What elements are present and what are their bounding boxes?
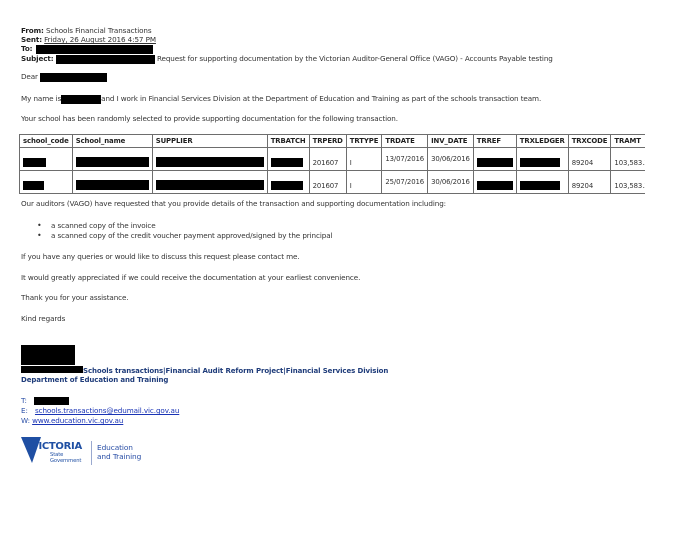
cell-school-name: [72, 148, 152, 171]
col-trdate: TRDATE: [382, 135, 428, 148]
list-item: a scanned copy of the invoice: [37, 221, 332, 231]
dept-line-2: and Training: [97, 453, 141, 462]
list-item: a scanned copy of the credit voucher pay…: [37, 231, 332, 241]
cell-trxledger: [516, 171, 568, 194]
cell-trbatch: [267, 171, 309, 194]
web-line: W: www.education.vic.gov.au: [21, 416, 123, 425]
redacted-phone: [34, 397, 69, 405]
cell-tramt: 103,583.3: [611, 148, 645, 171]
col-trtype: TRTYPE: [346, 135, 382, 148]
table-header-row: school_code School_name SUPPLIER TRBATCH…: [20, 135, 646, 148]
web-label: W:: [21, 416, 30, 425]
cell-inv-date: 30/06/2016: [428, 171, 474, 194]
education-and-training-text: Education and Training: [97, 444, 141, 461]
thanks-paragraph: Thank you for your assistance.: [21, 293, 129, 303]
cell-trxledger: [516, 148, 568, 171]
cell-trxcode: 89204: [568, 171, 611, 194]
redacted-signature-name: [21, 345, 75, 365]
victoria-logo: VICTORIA State Government Education and …: [21, 437, 151, 471]
col-inv-date: INV_DATE: [428, 135, 474, 148]
col-school-name: School_name: [72, 135, 152, 148]
redacted-signature-title: [21, 366, 83, 373]
transactions-table: school_code School_name SUPPLIER TRBATCH…: [19, 134, 645, 194]
signature-units-line: Schools transactions|Financial Audit Ref…: [21, 366, 388, 376]
col-trxledger: TRXLEDGER: [516, 135, 568, 148]
state-government-text: State Government: [50, 453, 81, 464]
cell-trref: [473, 171, 516, 194]
cell-trperd: 201607: [309, 148, 346, 171]
table-row: 201607 I 25/07/2016 30/06/2016 89204 103…: [20, 171, 646, 194]
victoria-wordmark: VICTORIA: [31, 441, 82, 452]
cell-trxcode: 89204: [568, 148, 611, 171]
web-link[interactable]: www.education.vic.gov.au: [32, 416, 123, 425]
auditors-paragraph: Our auditors (VAGO) have requested that …: [21, 199, 446, 209]
queries-paragraph: If you have any queries or would like to…: [21, 252, 300, 262]
cell-trdate: 25/07/2016: [382, 171, 428, 194]
requirements-list-wrap: a scanned copy of the invoice a scanned …: [37, 221, 332, 241]
cell-school-code: [20, 171, 73, 194]
cell-trbatch: [267, 148, 309, 171]
email-label: E:: [21, 406, 28, 415]
col-trperd: TRPERD: [309, 135, 346, 148]
col-trbatch: TRBATCH: [267, 135, 309, 148]
cell-trdate: 13/07/2016: [382, 148, 428, 171]
phone-line: T:: [21, 396, 69, 405]
cell-supplier: [152, 148, 267, 171]
cell-trref: [473, 148, 516, 171]
col-trref: TRREF: [473, 135, 516, 148]
signature-units: Schools transactions|Financial Audit Ref…: [83, 367, 388, 375]
col-school-code: school_code: [20, 135, 73, 148]
cell-school-code: [20, 148, 73, 171]
cell-school-name: [72, 171, 152, 194]
cell-trperd: 201607: [309, 171, 346, 194]
cell-tramt: 103,583.3: [611, 171, 645, 194]
appreciate-paragraph: It would greatly appreciated if we could…: [21, 273, 360, 283]
government-text: Government: [50, 459, 81, 465]
col-trxcode: TRXCODE: [568, 135, 611, 148]
email-link[interactable]: schools.transactions@edumail.vic.gov.au: [35, 406, 179, 415]
logo-divider: [91, 441, 92, 465]
email-line: E: schools.transactions@edumail.vic.gov.…: [21, 406, 179, 415]
cell-trtype: I: [346, 148, 382, 171]
table-row: 201607 I 13/07/2016 30/06/2016 89204 103…: [20, 148, 646, 171]
col-tramt: TRAMT: [611, 135, 645, 148]
closing: Kind regards: [21, 314, 65, 324]
col-supplier: SUPPLIER: [152, 135, 267, 148]
requirements-list: a scanned copy of the invoice a scanned …: [37, 221, 332, 241]
phone-label: T:: [21, 396, 27, 405]
cell-trtype: I: [346, 171, 382, 194]
cell-supplier: [152, 171, 267, 194]
cell-inv-date: 30/06/2016: [428, 148, 474, 171]
signature-department: Department of Education and Training: [21, 376, 168, 385]
